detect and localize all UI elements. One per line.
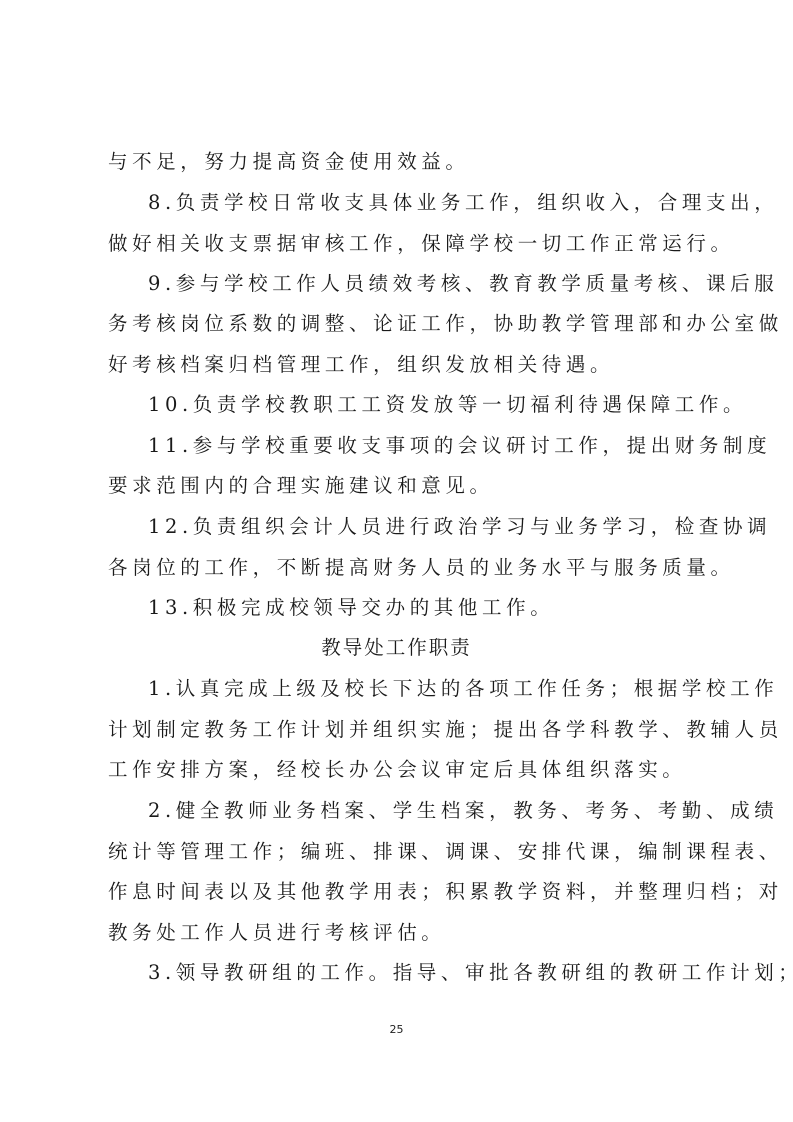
section-line: 作息时间表以及其他教学用表；积累教学资料，并整理归档；对 <box>108 880 698 904</box>
paragraph-line: 与不足，努力提高资金使用效益。 <box>108 150 698 174</box>
section-line: 计划制定教务工作计划并组织实施；提出各学科教学、教辅人员 <box>108 718 698 742</box>
document-page: 与不足，努力提高资金使用效益。 8.负责学校日常收支具体业务工作，组织收入，合理… <box>0 0 793 1122</box>
paragraph-line: 务考核岗位系数的调整、论证工作，协助教学管理部和办公室做 <box>108 312 698 336</box>
paragraph-line-item-10: 10.负责学校教职工工资发放等一切福利待遇保障工作。 <box>148 393 738 417</box>
section-line: 工作安排方案，经校长办公会议审定后具体组织落实。 <box>108 758 698 782</box>
paragraph-line: 做好相关收支票据审核工作，保障学校一切工作正常运行。 <box>108 232 698 256</box>
section-line: 教务处工作人员进行考核评估。 <box>108 921 698 945</box>
paragraph-line-item-9: 9.参与学校工作人员绩效考核、教育教学质量考核、课后服 <box>148 272 738 296</box>
section-line-item-2: 2.健全教师业务档案、学生档案，教务、考务、考勤、成绩 <box>148 799 738 823</box>
section-line-item-1: 1.认真完成上级及校长下达的各项工作任务；根据学校工作 <box>148 677 738 701</box>
section-line-item-3: 3.领导教研组的工作。指导、审批各教研组的教研工作计划； <box>148 961 738 985</box>
paragraph-line-item-12: 12.负责组织会计人员进行政治学习与业务学习，检查协调 <box>148 515 738 539</box>
paragraph-line-item-8: 8.负责学校日常收支具体业务工作，组织收入，合理支出， <box>148 191 738 215</box>
paragraph-line: 要求范围内的合理实施建议和意见。 <box>108 474 698 498</box>
paragraph-line-item-11: 11.参与学校重要收支事项的会议研讨工作，提出财务制度 <box>148 434 738 458</box>
section-line: 统计等管理工作；编班、排课、调课、安排代课，编制课程表、 <box>108 840 698 864</box>
paragraph-line: 好考核档案归档管理工作，组织发放相关待遇。 <box>108 353 698 377</box>
paragraph-line-item-13: 13.积极完成校领导交办的其他工作。 <box>148 596 738 620</box>
page-number: 25 <box>0 1023 793 1036</box>
section-title: 教导处工作职责 <box>0 636 793 660</box>
paragraph-line: 各岗位的工作，不断提高财务人员的业务水平与服务质量。 <box>108 556 698 580</box>
